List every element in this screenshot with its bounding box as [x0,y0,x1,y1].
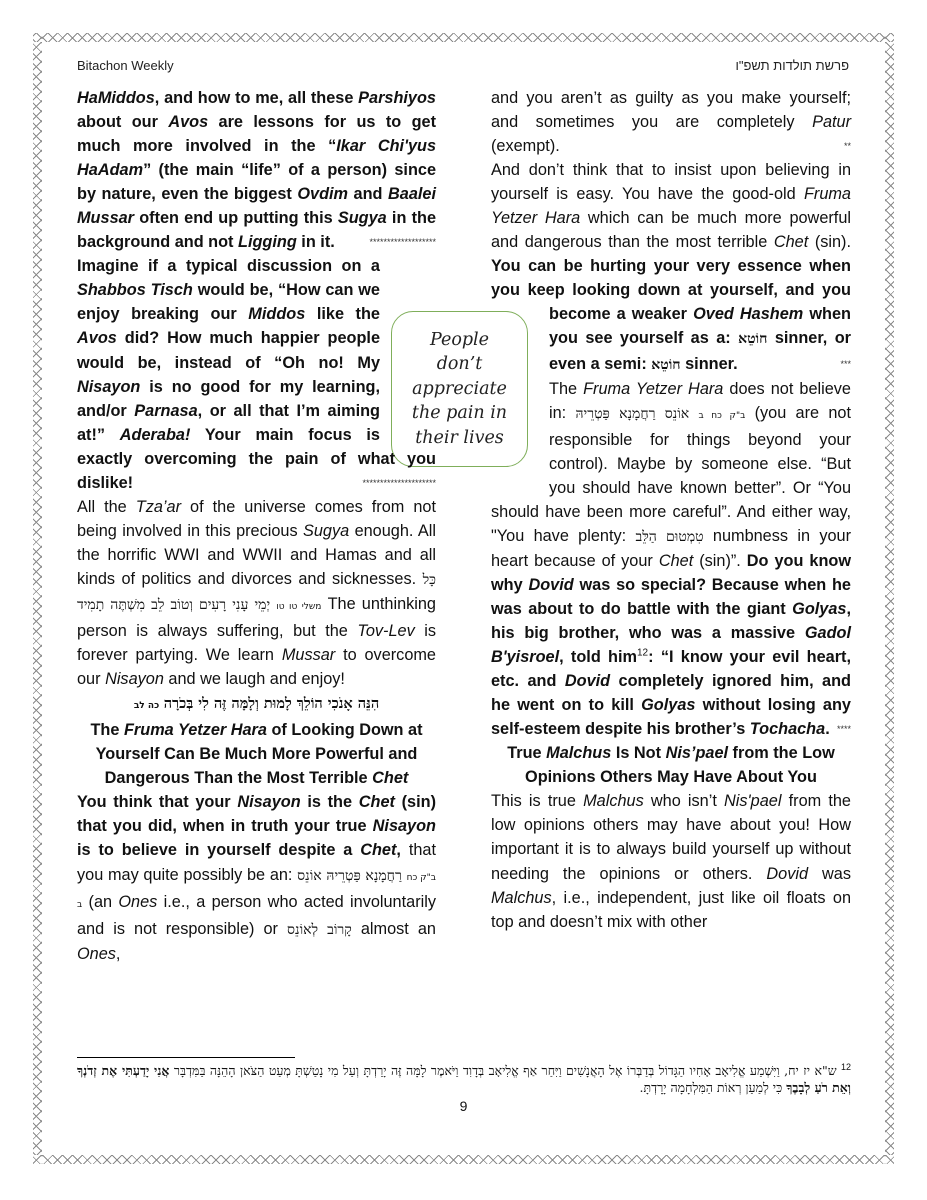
hebrew-source: משלי טו טו [276,602,321,612]
section-separator-stars: ********************* [362,471,436,495]
footnote-number: 12 [841,1062,851,1072]
paragraph: All the Tza’ar of the universe comes fro… [77,495,436,691]
footnote-12: 12 ש"א יז יח, וַיִּשְׁמַע אֱלִיאָב אָחִי… [77,1062,851,1096]
paragraph: And don’t think that to insist upon beli… [491,158,851,376]
left-column: HaMiddos, and how to me, all these Parsh… [77,86,436,966]
parsha-title: פרשת תולדות תשפ"ו [735,58,849,73]
page-number: 9 [0,1098,927,1114]
paragraph: HaMiddos, and how to me, all these Parsh… [77,86,436,254]
section-separator-stars: *** [840,352,851,376]
hebrew-heading: הִנֵּה אָנֹכִי הוֹלֵךְ לָמוּת וְלָמָּה ז… [77,691,436,718]
paragraph-text: HaMiddos, and how to me, all these Parsh… [77,89,436,251]
callout-wrap-space [380,278,496,446]
page-header: Bitachon Weekly פרשת תולדות תשפ"ו [77,58,849,78]
footnote-separator [77,1057,295,1058]
callout-wrap-space [491,302,549,494]
footnote-reference[interactable]: 12 [637,648,648,659]
section-separator-stars: ******************* [369,230,436,254]
publication-title: Bitachon Weekly [77,58,174,73]
section-separator-stars: ** [844,134,851,158]
paragraph: This is true Malchus who isn’t Nis'pael … [491,789,851,933]
section-separator-stars: **** [837,717,851,741]
section-heading: The Fruma Yetzer Hara of Looking Down at… [77,718,436,790]
paragraph: You think that your Nisayon is the Chet … [77,790,436,965]
paragraph: Imagine if a typical discussion on a Sha… [77,254,436,494]
right-column: and you aren’t as guilty as you make you… [491,86,851,934]
paragraph: and you aren’t as guilty as you make you… [491,86,851,158]
section-heading: True Malchus Is Not Nis’pael from the Lo… [491,741,851,789]
